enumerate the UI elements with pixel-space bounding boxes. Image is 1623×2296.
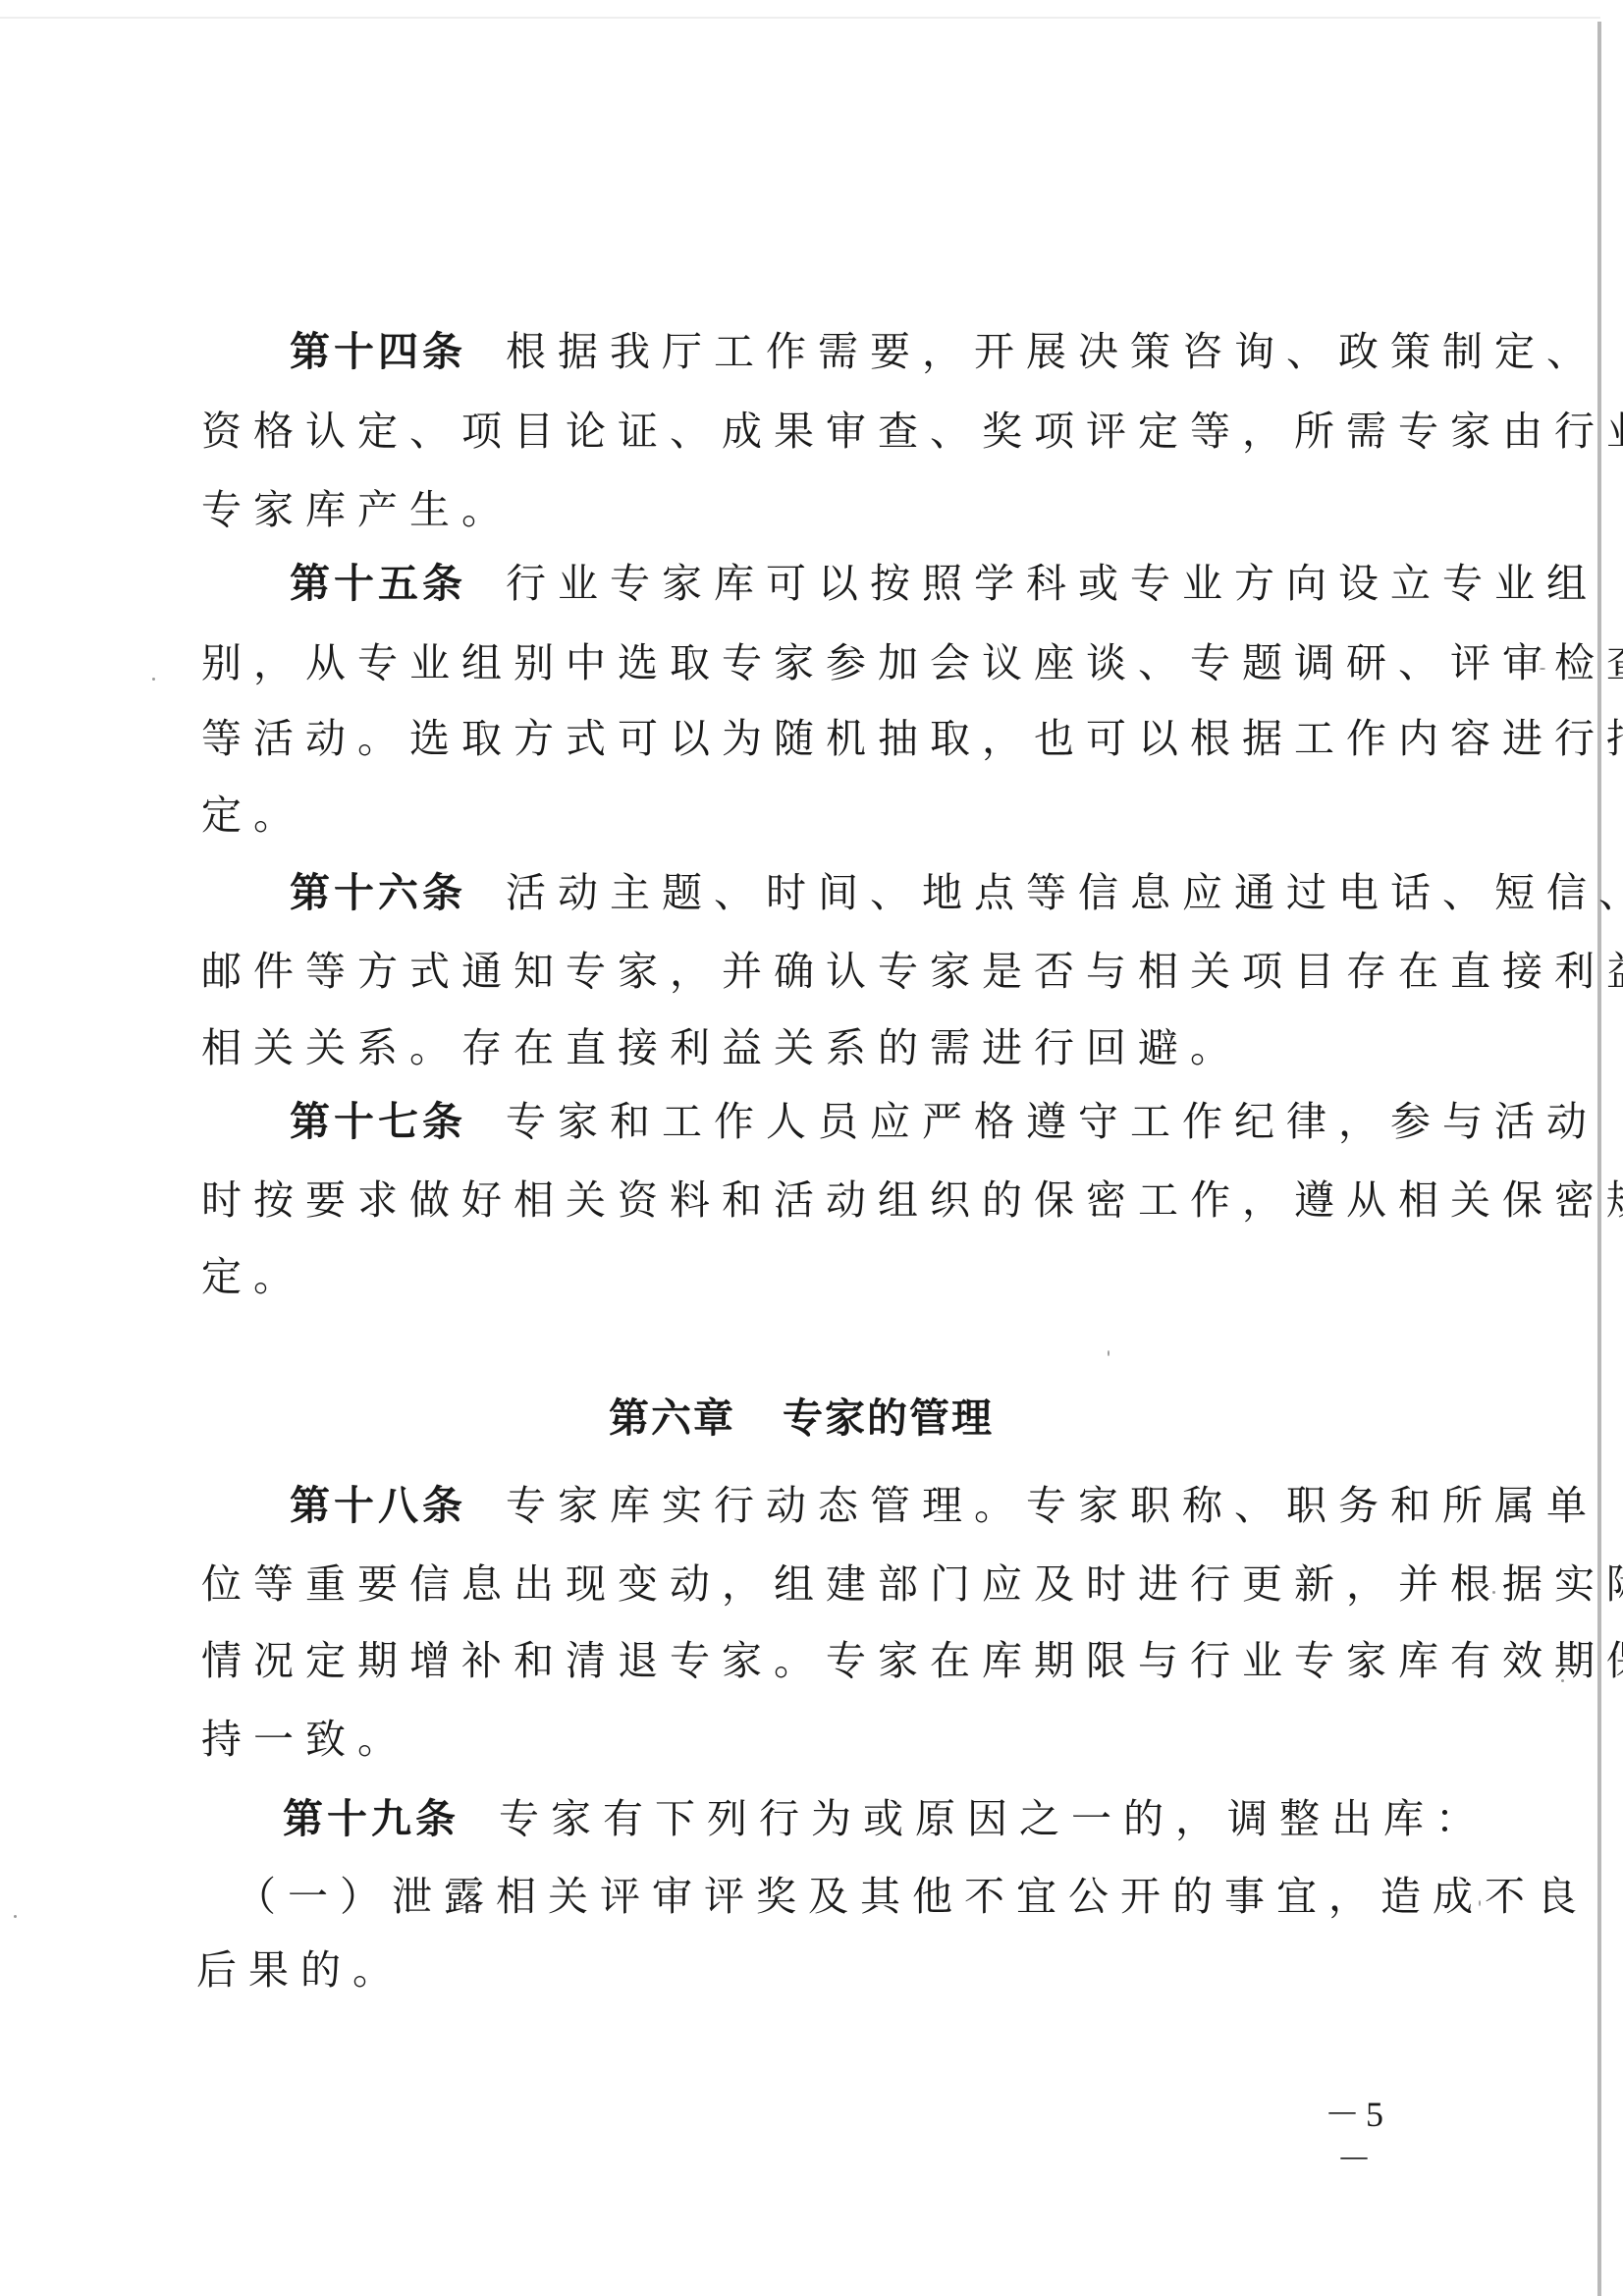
article-19-line-1: 第十九条专家有下列行为或原因之一的，调整出库：: [283, 1791, 1397, 1846]
article-number: 第十六条: [290, 869, 466, 916]
article-text: 专家有下列行为或原因之一的，调整出库：: [499, 1795, 1488, 1842]
article-15-line-1: 第十五条行业专家库可以按照学科或专业方向设立专业组: [290, 556, 1404, 611]
document-page: 第十四条根据我厅工作需要，开展决策咨询、政策制定、 资格认定、项目论证、成果审查…: [0, 0, 1623, 2296]
article-number: 第十四条: [290, 328, 466, 375]
article-text: 行业专家库可以按照学科或专业方向设立专业组: [506, 560, 1598, 607]
article-text: 活动主题、时间、地点等信息应通过电话、短信、: [506, 869, 1623, 916]
scan-speck: [1540, 668, 1545, 670]
scan-speck: [1479, 1900, 1481, 1906]
article-14-line-1: 第十四条根据我厅工作需要，开展决策咨询、政策制定、: [290, 324, 1404, 379]
article-18-line-2: 位等重要信息出现变动，组建部门应及时进行更新，并根据实际: [201, 1557, 1404, 1612]
article-15-line-2: 别，从专业组别中选取专家参加会议座谈、专题调研、评审检查: [201, 635, 1404, 690]
chapter-number: 第六章: [609, 1394, 735, 1442]
article-15-line-3: 等活动。选取方式可以为随机抽取，也可以根据工作内容进行指: [201, 711, 1404, 766]
article-number: 第十九条: [283, 1795, 460, 1842]
article-text: 根据我厅工作需要，开展决策咨询、政策制定、: [506, 328, 1598, 375]
chapter-title: 专家的管理: [783, 1394, 994, 1442]
article-15-line-4: 定。: [201, 788, 1404, 843]
page-number: －5－: [1312, 2092, 1402, 2137]
list-item-1-line-2: 后果的。: [196, 1942, 1399, 1997]
article-16-line-2: 邮件等方式通知专家，并确认专家是否与相关项目存在直接利益: [201, 944, 1404, 999]
article-17-line-3: 定。: [201, 1249, 1404, 1304]
article-14-line-3: 专家库产生。: [201, 482, 1404, 537]
article-18-line-1: 第十八条专家库实行动态管理。专家职称、职务和所属单: [290, 1478, 1404, 1533]
article-text: 专家库实行动态管理。专家职称、职务和所属单: [506, 1482, 1598, 1529]
article-18-line-4: 持一致。: [201, 1712, 1404, 1767]
article-17-line-2: 时按要求做好相关资料和活动组织的保密工作，遵从相关保密规: [201, 1173, 1404, 1228]
article-text: 专家和工作人员应严格遵守工作纪律，参与活动: [506, 1098, 1598, 1145]
chapter-heading: 第六章专家的管理: [0, 1391, 1602, 1446]
article-16-line-3: 相关关系。存在直接利益关系的需进行回避。: [201, 1020, 1404, 1075]
article-number: 第十七条: [290, 1098, 466, 1145]
scan-speck: [152, 678, 155, 681]
article-18-line-3: 情况定期增补和清退专家。专家在库期限与行业专家库有效期保: [201, 1633, 1404, 1688]
article-number: 第十八条: [290, 1482, 466, 1529]
scan-speck: [1463, 748, 1466, 751]
article-16-line-1: 第十六条活动主题、时间、地点等信息应通过电话、短信、: [290, 865, 1404, 920]
scan-speck: [14, 1915, 17, 1918]
article-17-line-1: 第十七条专家和工作人员应严格遵守工作纪律，参与活动: [290, 1094, 1404, 1149]
scan-speck: [1492, 1591, 1495, 1594]
article-number: 第十五条: [290, 560, 466, 607]
scan-speck: [1108, 1350, 1109, 1356]
list-item-1-line-1: （一）泄露相关评审评奖及其他不宜公开的事宜，造成不良: [236, 1869, 1404, 1924]
scan-speck: [1561, 1679, 1564, 1682]
article-14-line-2: 资格认定、项目论证、成果审查、奖项评定等，所需专家由行业: [201, 404, 1404, 459]
